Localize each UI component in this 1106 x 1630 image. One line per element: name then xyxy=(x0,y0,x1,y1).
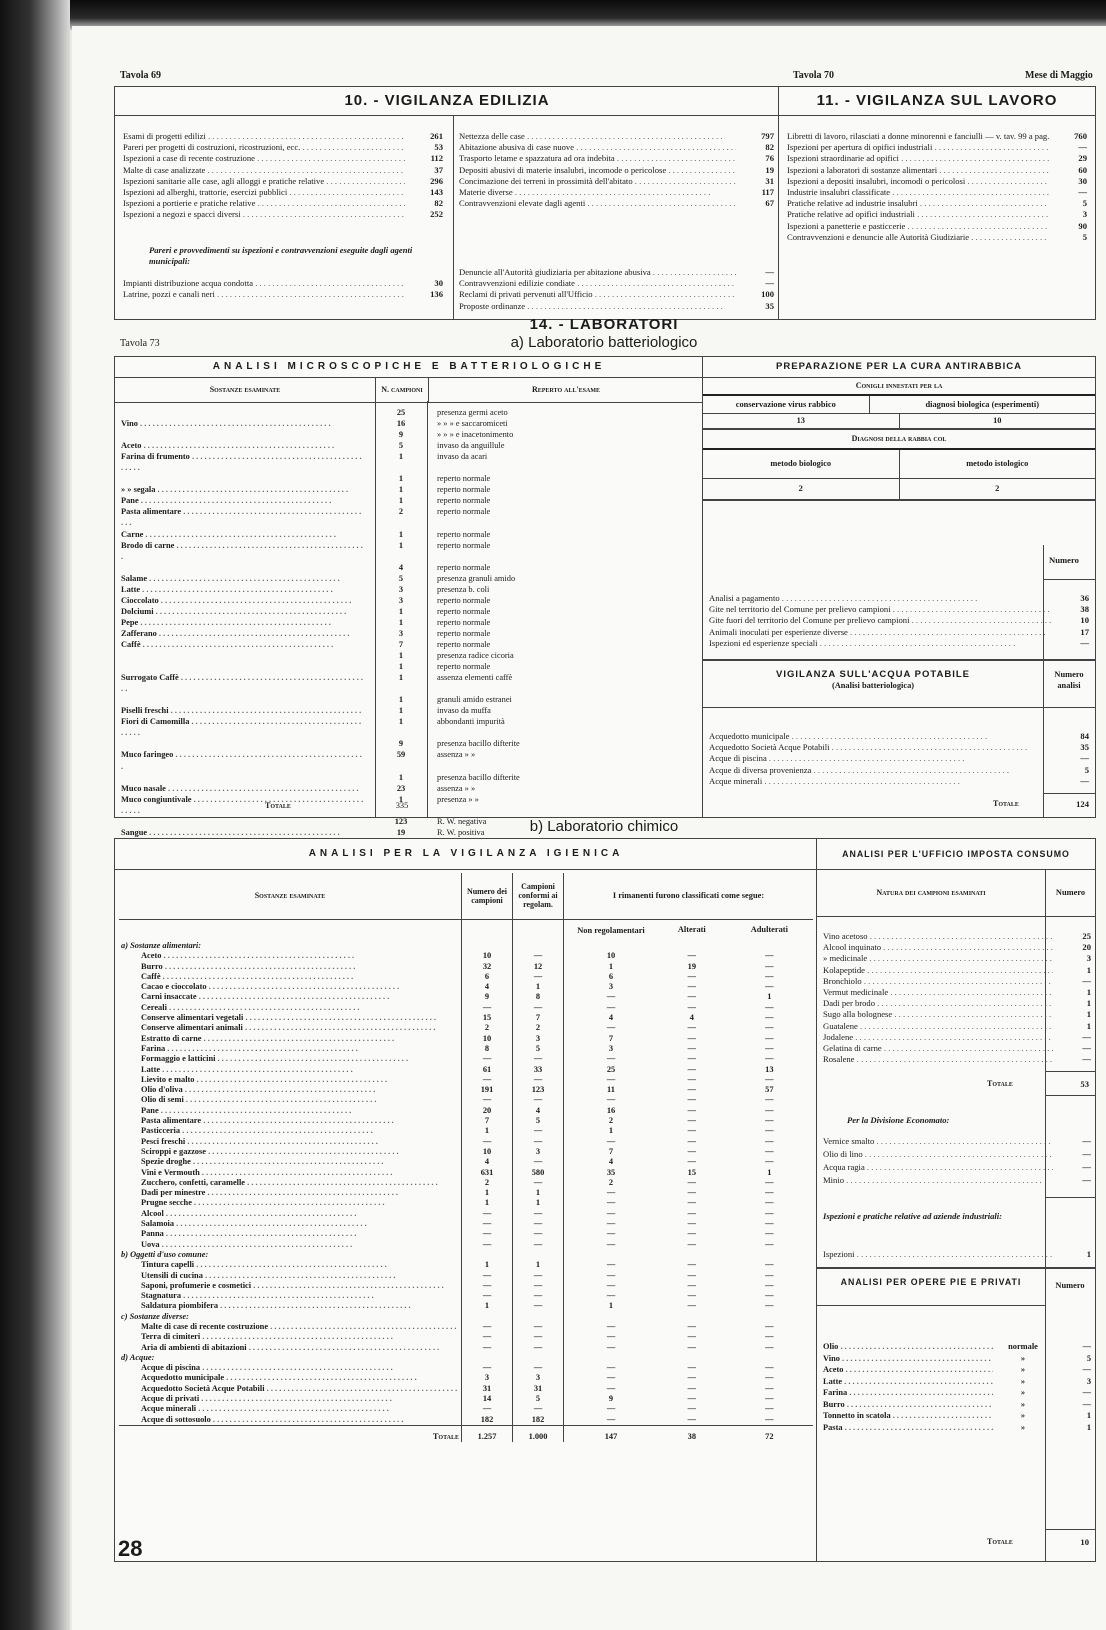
substance-cell: Stagnatura xyxy=(119,1291,462,1301)
n-campioni-cell: 7 xyxy=(375,639,427,650)
value-cell: 7 xyxy=(564,1147,659,1157)
item-value: 10 xyxy=(1051,615,1089,626)
antirabbica-box: PREPARAZIONE PER LA CURA ANTIRABBICA Con… xyxy=(702,356,1096,818)
item-label: Gite fuori del territorio del Comune per… xyxy=(709,615,1051,626)
conigli-value-diagnosi: 10 xyxy=(899,414,1096,428)
item-value: 1 xyxy=(1053,998,1091,1009)
substance-cell: Zucchero, confetti, caramelle xyxy=(119,1178,462,1188)
conigli-value-conservazione: 13 xyxy=(703,414,899,428)
substance-label: Acquedotto Società Acque Potabili xyxy=(121,1384,459,1394)
table-row: Conserve alimentari vegetali15744— xyxy=(119,1013,813,1023)
reperto-cell: presenza bacillo difterite xyxy=(437,738,520,749)
item-label: Gelatina di carne xyxy=(823,1043,1053,1054)
value-cell: 182 xyxy=(513,1415,564,1426)
substance-cell: Acquedotto municipale xyxy=(119,1373,462,1383)
value-cell: — xyxy=(658,1003,726,1013)
value-cell: — xyxy=(513,1054,564,1064)
list-item: Guatalene1 xyxy=(823,1021,1091,1032)
substance-label: Tintura capelli xyxy=(121,1260,459,1270)
value-cell: — xyxy=(564,1260,659,1270)
substance-label: Acque di piscina xyxy=(121,1363,459,1373)
value-cell: — xyxy=(462,1229,513,1239)
substance-cell: Muco faringeo xyxy=(121,749,365,771)
item-label: Aceto xyxy=(823,1364,993,1376)
item-value: — xyxy=(1051,776,1089,787)
value-cell: — xyxy=(726,1054,813,1064)
table-row: Pasta alimentare2reperto normale xyxy=(121,506,701,528)
vigilanza-edilizia-col1: Esami di progetti edilizi261Pareri per p… xyxy=(123,131,443,221)
item-value: 30 xyxy=(1049,176,1087,187)
value-cell: 1 xyxy=(564,1301,659,1311)
value-cell: — xyxy=(658,1219,726,1229)
item-label: Rosalene xyxy=(823,1054,1053,1065)
list-item: Ispezioni sanitarie alle case, agli allo… xyxy=(123,176,443,187)
table-row: 25presenza germi aceto xyxy=(121,407,701,418)
vigilanza-lavoro-title: 11. - VIGILANZA SUL LAVORO xyxy=(779,87,1095,116)
table-row: Lievito e malto————— xyxy=(119,1075,813,1085)
value-cell: 14 xyxy=(462,1394,513,1404)
table-row: 4reperto normale xyxy=(121,562,701,573)
table-row: Vini e Vermouth63158035151 xyxy=(119,1168,813,1178)
value-cell: — xyxy=(658,1332,726,1342)
value-cell: 7 xyxy=(462,1116,513,1126)
value-cell: — xyxy=(658,1260,726,1270)
item-label: Vernice smalto xyxy=(823,1135,1053,1148)
substance-label: Alcool xyxy=(121,1209,459,1219)
item-label: Kolapeptide xyxy=(823,965,1053,976)
substance-cell: Latte xyxy=(119,1065,462,1075)
empty-cell xyxy=(564,1312,659,1322)
n-campioni-cell: 1 xyxy=(375,716,427,738)
item-value: 112 xyxy=(405,153,443,164)
value-cell: — xyxy=(658,1404,726,1414)
substance-cell: Conserve alimentari vegetali xyxy=(119,1013,462,1023)
group-heading: b) Oggetti d'uso comune: xyxy=(119,1250,462,1260)
item-label: Pratiche relative ad industrie insalubri xyxy=(787,198,1049,209)
table-row: 1presenza bacillo difterite xyxy=(121,772,701,783)
substance-cell: Estratto di carne xyxy=(119,1034,462,1044)
substance-label: Dadi per minestre xyxy=(121,1188,459,1198)
n-campioni-cell: 9 xyxy=(375,429,427,440)
list-item: Analisi a pagamento36 xyxy=(709,593,1089,604)
list-item: Acque minerali— xyxy=(709,776,1089,787)
table-row: Surrogato Caffè1assenza elementi caffè xyxy=(121,672,701,694)
item-label: Esami di progetti edilizi xyxy=(123,131,405,142)
value-cell: 1 xyxy=(564,962,659,972)
table-row: 9» » » e inacetonimento xyxy=(121,429,701,440)
item-value: 38 xyxy=(1051,604,1089,615)
value-cell: — xyxy=(564,1332,659,1342)
list-item: Gelatina di carne— xyxy=(823,1043,1091,1054)
substance-cell: Formaggio e latticini xyxy=(119,1054,462,1064)
item-value: 5 xyxy=(1049,232,1087,243)
table-row: Dadi per minestre11——— xyxy=(119,1188,813,1198)
value-cell: — xyxy=(726,1394,813,1404)
empty-cell xyxy=(726,1353,813,1363)
item-value: 31 xyxy=(736,176,774,187)
value-cell: 4 xyxy=(564,1013,659,1023)
substance-cell: Cereali xyxy=(119,1003,462,1013)
table-row: 1granuli amido estranei xyxy=(121,694,701,705)
item-label: Contravvenzioni e denuncie alle Autorità… xyxy=(787,232,1049,243)
value-cell: — xyxy=(658,1095,726,1105)
value-cell: — xyxy=(726,1404,813,1414)
list-item: Latte»3 xyxy=(823,1376,1091,1388)
value-cell: — xyxy=(564,992,659,1002)
value-cell: 1 xyxy=(462,1198,513,1208)
vigilanza-lavoro-box: 11. - VIGILANZA SUL LAVORO Libretti di l… xyxy=(778,86,1096,320)
value-cell: — xyxy=(462,1003,513,1013)
substance-label: Lievito e malto xyxy=(121,1075,459,1085)
value-cell: — xyxy=(462,1332,513,1342)
reperto-cell: reperto normale xyxy=(437,606,490,617)
substance-cell: Panna xyxy=(119,1229,462,1239)
reperto-cell: reperto normale xyxy=(437,628,490,639)
item-label: Vermut medicinale xyxy=(823,987,1053,998)
value-cell: — xyxy=(658,1384,726,1394)
table-row: Sciroppi e gazzose1037—— xyxy=(119,1147,813,1157)
item-label: Ispezioni ad alberghi, trattorie, eserci… xyxy=(123,187,405,198)
vigilanza-edilizia-col2: Nettezza delle case797Abitazione abusiva… xyxy=(459,131,774,209)
substance-label: Carni insaccate xyxy=(121,992,459,1002)
item-label: Latte xyxy=(823,1376,993,1388)
value-cell: — xyxy=(658,972,726,982)
item-value: 35 xyxy=(736,301,774,312)
group-heading-row: a) Sostanze alimentari: xyxy=(119,941,813,951)
list-item: Pasta»1 xyxy=(823,1422,1091,1434)
substance-cell: Acque di sottosuolo xyxy=(119,1415,462,1426)
value-cell: — xyxy=(513,1281,564,1291)
empty-cell xyxy=(564,1250,659,1260)
value-cell: 4 xyxy=(658,1013,726,1023)
value-cell: — xyxy=(462,1219,513,1229)
table-row: Acquedotto Società Acque Potabili3131——— xyxy=(119,1384,813,1394)
substance-cell: Sciroppi e gazzose xyxy=(119,1147,462,1157)
substance-cell: Dolciumi xyxy=(121,606,365,617)
diagnosi-heading: Diagnosi della rabbia col xyxy=(703,430,1095,448)
n-campioni-cell: 3 xyxy=(375,595,427,606)
value-cell: — xyxy=(462,1281,513,1291)
substance-label: Olio di semi xyxy=(121,1095,459,1105)
item-label: Contravvenzioni elevate dagli agenti xyxy=(459,198,736,209)
reperto-cell: presenza radice cicoria xyxy=(437,650,514,661)
value-cell: — xyxy=(564,1291,659,1301)
item-value: 60 xyxy=(1049,165,1087,176)
value-cell: — xyxy=(726,1157,813,1167)
item-label: Libretti di lavoro, rilasciati a donne m… xyxy=(787,131,1049,142)
table-row: Stagnatura————— xyxy=(119,1291,813,1301)
value-cell: — xyxy=(462,1209,513,1219)
value-cell: — xyxy=(513,1322,564,1332)
header-numero: Numero xyxy=(1045,870,1095,916)
table-row: Farina853—— xyxy=(119,1044,813,1054)
substance-label: Cereali xyxy=(121,1003,459,1013)
list-item: Denuncie all'Autorità giudiziaria per ab… xyxy=(459,267,774,278)
value-cell: 9 xyxy=(462,992,513,1002)
substance-cell xyxy=(121,650,365,661)
item-value: 5 xyxy=(1053,1353,1091,1365)
table-row: Latte613325—13 xyxy=(119,1065,813,1075)
value-cell: 20 xyxy=(462,1106,513,1116)
header-numero-campioni: Numero dei campioni xyxy=(462,873,513,919)
substance-label: Stagnatura xyxy=(121,1291,459,1301)
substance-cell xyxy=(121,772,365,783)
list-item: Proposte ordinanze35 xyxy=(459,301,774,312)
list-item: Acque di diversa provenienza5 xyxy=(709,765,1089,776)
substance-label: Uova xyxy=(121,1240,459,1250)
value-cell: — xyxy=(513,1229,564,1239)
reperto-cell: assenza » » xyxy=(437,783,475,794)
n-campioni-cell: 1 xyxy=(375,451,427,473)
reperto-cell: » » » e saccaromiceti xyxy=(437,418,508,429)
value-cell: — xyxy=(513,1157,564,1167)
header-sostanze-esaminate: Sostanze esaminate xyxy=(119,873,462,919)
substance-cell: Acque di privati xyxy=(119,1394,462,1404)
value-cell: — xyxy=(658,982,726,992)
empty-cell xyxy=(513,1250,564,1260)
item-value: 30 xyxy=(405,278,443,289)
header-n-campioni: N. campioni xyxy=(375,378,429,402)
table-row: Pane1reperto normale xyxy=(121,495,701,506)
value-cell: — xyxy=(726,1240,813,1250)
item-label: Trasporto letame e spazzatura ad ora ind… xyxy=(459,153,736,164)
table-row: » » segala1reperto normale xyxy=(121,484,701,495)
item-label: Acquedotto municipale xyxy=(709,731,1051,742)
reperto-cell: invaso da anguillule xyxy=(437,440,504,451)
substance-cell: Acquedotto Società Acque Potabili xyxy=(119,1384,462,1394)
item-value: — xyxy=(736,278,774,289)
substance-label: Burro xyxy=(121,962,459,972)
list-item: Aceto»— xyxy=(823,1364,1091,1376)
table-row: Acque di sottosuolo182182——— xyxy=(119,1415,813,1426)
reperto-cell: reperto normale xyxy=(437,595,490,606)
value-cell: 2 xyxy=(462,1023,513,1033)
value-cell: — xyxy=(513,972,564,982)
value-cell: 25 xyxy=(564,1065,659,1075)
acqua-potabile-subtitle: (Analisi batteriologica) xyxy=(703,681,1043,690)
item-label: Ispezioni xyxy=(823,1249,1053,1260)
total-cell: 1.000 xyxy=(513,1425,564,1442)
value-cell: 2 xyxy=(564,1178,659,1188)
list-item: Malte di case analizzate37 xyxy=(123,165,443,176)
table-row: Cioccolato3reperto normale xyxy=(121,595,701,606)
table-row: Muco faringeo59assenza » » xyxy=(121,749,701,771)
reperto-cell: invaso da acari xyxy=(437,451,487,473)
list-item: Gite nel territorio del Comune per preli… xyxy=(709,604,1089,615)
industriali-list: Ispezioni1 xyxy=(823,1249,1091,1260)
n-campioni-cell: 5 xyxy=(375,440,427,451)
n-campioni-cell: 1 xyxy=(375,661,427,672)
list-item: » medicinale3 xyxy=(823,953,1091,964)
value-cell: 35 xyxy=(564,1168,659,1178)
value-cell: — xyxy=(726,1209,813,1219)
item-value: 25 xyxy=(1053,931,1091,942)
n-campioni-cell: 1 xyxy=(375,705,427,716)
value-cell: — xyxy=(658,1229,726,1239)
substance-label: Aria di ambienti di abitazioni xyxy=(121,1343,459,1353)
value-cell: — xyxy=(658,1198,726,1208)
substance-label: Conserve alimentari vegetali xyxy=(121,1013,459,1023)
reperto-cell: presenza bacillo difterite xyxy=(437,772,520,783)
substance-label: Saldatura piombifera xyxy=(121,1301,459,1311)
value-cell: — xyxy=(726,1384,813,1394)
table-row: Dolciumi1reperto normale xyxy=(121,606,701,617)
value-cell: 33 xyxy=(513,1065,564,1075)
substance-label: Salamoia xyxy=(121,1219,459,1229)
value-cell: — xyxy=(513,951,564,961)
list-item: Esami di progetti edilizi261 xyxy=(123,131,443,142)
value-cell: — xyxy=(726,1075,813,1085)
item-label: Dadi per brodo xyxy=(823,998,1053,1009)
table-row: Utensili di cucina————— xyxy=(119,1271,813,1281)
empty-cell xyxy=(726,1250,813,1260)
list-item: Acqua ragia— xyxy=(823,1161,1091,1174)
item-value: 760 xyxy=(1049,131,1087,142)
substance-cell: Tintura capelli xyxy=(119,1260,462,1270)
substance-cell xyxy=(121,738,365,749)
value-cell: — xyxy=(564,1373,659,1383)
value-cell: — xyxy=(513,1003,564,1013)
value-cell: — xyxy=(564,1188,659,1198)
item-label: Ispezioni a panetterie e pasticcerie xyxy=(787,221,1049,232)
value-cell: — xyxy=(658,1126,726,1136)
substance-cell: Carni insaccate xyxy=(119,992,462,1002)
table-row: Fiori di Camomilla1abbondanti impurità xyxy=(121,716,701,738)
conigli-heading: Conigli innestati per la xyxy=(703,378,1095,394)
list-item: Ispezioni per apertura di opifici indust… xyxy=(787,142,1087,153)
empty-cell xyxy=(513,941,564,951)
value-cell: — xyxy=(726,962,813,972)
n-campioni-cell: 1 xyxy=(375,495,427,506)
item-value: 3 xyxy=(1049,209,1087,220)
month-label: Mese di Maggio xyxy=(1025,70,1093,81)
item-value: — xyxy=(1053,1148,1091,1161)
substance-label: Sciroppi e gazzose xyxy=(121,1147,459,1157)
table-row: 9presenza bacillo difterite xyxy=(121,738,701,749)
value-cell: — xyxy=(462,1054,513,1064)
reperto-cell: reperto normale xyxy=(437,562,490,573)
item-label: Concimazione dei terreni in prossimità d… xyxy=(459,176,736,187)
value-cell: — xyxy=(564,1363,659,1373)
value-cell: — xyxy=(564,1415,659,1426)
item-label: Analisi a pagamento xyxy=(709,593,1051,604)
list-item: Materie diverse117 xyxy=(459,187,774,198)
substance-cell: Fiori di Camomilla xyxy=(121,716,365,738)
value-cell: 1 xyxy=(564,1126,659,1136)
substance-label: Pesci freschi xyxy=(121,1137,459,1147)
list-item: Animali inoculati per esperienze diverse… xyxy=(709,627,1089,638)
value-cell: 19 xyxy=(658,962,726,972)
substance-cell: Muco congiuntivale xyxy=(121,794,365,816)
list-item: Olio di lino— xyxy=(823,1148,1091,1161)
list-item: Tonnetto in scatola»1 xyxy=(823,1410,1091,1422)
substance-cell: Vino xyxy=(121,418,365,429)
list-item: Contravvenzioni edilizie condiate— xyxy=(459,278,774,289)
value-cell: 12 xyxy=(513,962,564,972)
table-row: Muco nasale23assenza » » xyxy=(121,783,701,794)
header-adulterati: Adulterati xyxy=(726,919,813,941)
list-item: Ispezioni straordinarie ad opifici29 xyxy=(787,153,1087,164)
value-cell: — xyxy=(658,1054,726,1064)
substance-cell: Olio d'oliva xyxy=(119,1085,462,1095)
value-cell: — xyxy=(658,1023,726,1033)
n-campioni-cell: 3 xyxy=(375,628,427,639)
item-esito: » xyxy=(999,1387,1047,1399)
list-item: Nettezza delle case797 xyxy=(459,131,774,142)
value-cell: — xyxy=(564,1240,659,1250)
value-cell: — xyxy=(513,1301,564,1311)
substance-label: Malte di case di recente costruzione xyxy=(121,1322,459,1332)
n-campioni-cell: 4 xyxy=(375,562,427,573)
value-cell: — xyxy=(513,1240,564,1250)
substance-label: Terra di cimiteri xyxy=(121,1332,459,1342)
value-cell: — xyxy=(564,1198,659,1208)
value-cell: 16 xyxy=(564,1106,659,1116)
value-cell: — xyxy=(564,1219,659,1229)
item-label: Acque di diversa provenienza xyxy=(709,765,1051,776)
table-row: Panna————— xyxy=(119,1229,813,1239)
value-cell: 15 xyxy=(462,1013,513,1023)
item-value: 29 xyxy=(1049,153,1087,164)
list-item: Vernice smalto— xyxy=(823,1135,1091,1148)
table-row: Terra di cimiteri————— xyxy=(119,1332,813,1342)
reperto-cell: presenza granuli amido xyxy=(437,573,515,584)
opere-pie-list: Olionormale—Vino»5Aceto»—Latte»3Farina»—… xyxy=(823,1341,1091,1433)
substance-cell: Pane xyxy=(119,1106,462,1116)
substance-label: Acque di privati xyxy=(121,1394,459,1404)
list-item: Pratiche relative ad opifici industriali… xyxy=(787,209,1087,220)
value-cell: — xyxy=(726,1332,813,1342)
list-item: Depositi abusivi di materie insalubri, i… xyxy=(459,165,774,176)
substance-cell: » » segala xyxy=(121,484,365,495)
value-cell: — xyxy=(513,1332,564,1342)
value-cell: — xyxy=(726,1373,813,1383)
item-label: Ispezioni straordinarie ad opifici xyxy=(787,153,1049,164)
value-cell: 3 xyxy=(513,1034,564,1044)
item-value: 67 xyxy=(736,198,774,209)
item-label: Ispezioni a depositi insalubri, incomodi… xyxy=(787,176,1049,187)
value-cell: — xyxy=(726,1271,813,1281)
n-campioni-cell: 1 xyxy=(375,617,427,628)
table-row: Pesci freschi————— xyxy=(119,1137,813,1147)
item-label: Pratiche relative ad opifici industriali xyxy=(787,209,1049,220)
value-cell: — xyxy=(726,1034,813,1044)
empty-cell xyxy=(658,1353,726,1363)
table-row: Olio d'oliva19112311—57 xyxy=(119,1085,813,1095)
item-label: Sugo alla bolognese xyxy=(823,1009,1053,1020)
item-esito: » xyxy=(999,1353,1047,1365)
reperto-cell: reperto normale xyxy=(437,473,490,484)
value-cell: — xyxy=(513,1126,564,1136)
substance-cell: Acque di piscina xyxy=(119,1363,462,1373)
value-cell: — xyxy=(513,1363,564,1373)
list-item: Contravvenzioni elevate dagli agenti67 xyxy=(459,198,774,209)
totals-row: Totale1.2571.0001473872 xyxy=(119,1425,813,1442)
value-cell: 6 xyxy=(462,972,513,982)
reperto-cell: granuli amido estranei xyxy=(437,694,512,705)
vigilanza-edilizia-col1b: Impianti distribuzione acqua condotta30L… xyxy=(123,278,443,300)
table-row: Uova————— xyxy=(119,1240,813,1250)
table-row: Zucchero, confetti, caramelle2—2—— xyxy=(119,1178,813,1188)
value-cell: — xyxy=(658,1394,726,1404)
item-label: Alcool inquinato xyxy=(823,942,1053,953)
value-cell: — xyxy=(726,1126,813,1136)
value-cell: 32 xyxy=(462,962,513,972)
value-cell: — xyxy=(564,1281,659,1291)
value-cell: 1 xyxy=(513,1198,564,1208)
substance-label: Acquedotto municipale xyxy=(121,1373,459,1383)
table-row: 1presenza radice cicoria xyxy=(121,650,701,661)
